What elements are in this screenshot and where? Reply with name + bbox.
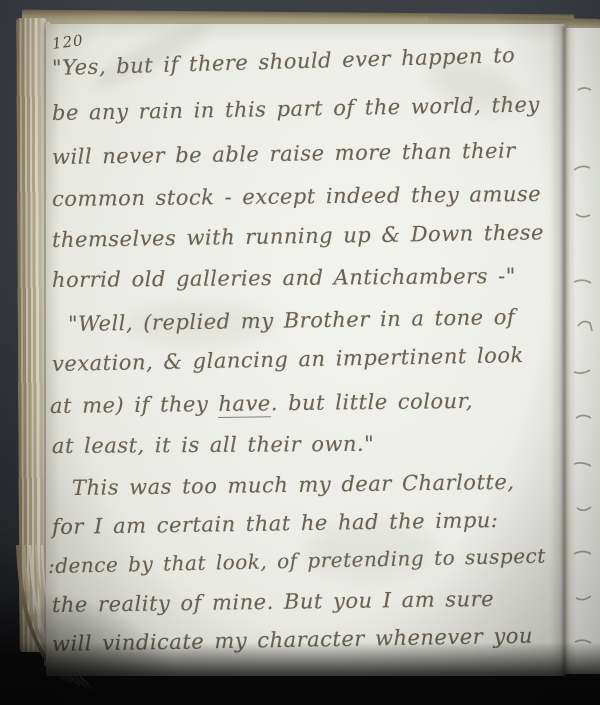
manuscript-line: This was too much my dear Charlotte, <box>72 469 515 501</box>
facing-page-edge <box>566 28 600 674</box>
manuscript-line: at me) if they have. but little colour, <box>50 388 473 419</box>
page-number: 120 <box>51 31 85 53</box>
manuscript-line: at least, it is all their own." <box>52 431 374 459</box>
manuscript-line: vexation, & glancing an impertinent look <box>52 342 524 377</box>
line-text: . but little colour, <box>271 389 474 415</box>
manuscript-line: will never be able raise more than their <box>52 138 516 170</box>
manuscript-line: for I am certain that he had the impu: <box>52 507 499 540</box>
manuscript-line: common stock - except indeed they amuse <box>52 181 541 212</box>
manuscript-line: themselves with running up & Down these <box>52 219 544 253</box>
manuscript-line: horrid old galleries and Antichambers -" <box>52 263 516 293</box>
facing-page-ink-fragments <box>566 28 600 674</box>
manuscript-line: be any rain in this part of the world, t… <box>52 91 540 126</box>
manuscript-page: 120 "Yes, but if there should ever happe… <box>46 24 566 676</box>
manuscript-line: :dence by that look, of pretending to su… <box>48 543 546 579</box>
bottom-shadow <box>0 642 600 705</box>
line-text: at me) if they <box>50 392 219 418</box>
manuscript-line: "Well, (replied my Brother in a tone of <box>68 304 516 337</box>
underlined-word: have <box>218 391 271 418</box>
manuscript-photo: { "scene": { "background_color": "#35383… <box>0 0 600 705</box>
